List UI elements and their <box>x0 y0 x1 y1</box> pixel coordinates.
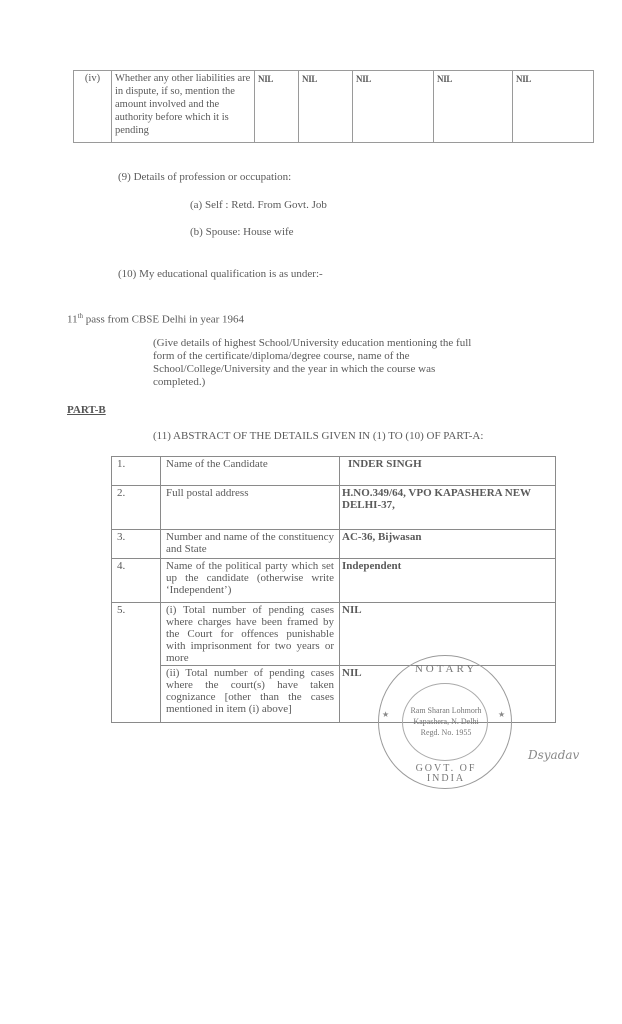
section-9-heading: (9) Details of profession or occupation: <box>118 171 291 184</box>
table-row: 5. (i) Total number of pending cases whe… <box>112 603 556 666</box>
row-value: AC-36, Bijwasan <box>340 530 556 559</box>
section-10-heading: (10) My educational qualification is as … <box>118 268 323 281</box>
row-label: (ii) Total number of pending cases where… <box>161 666 340 723</box>
row-number: 4. <box>112 559 161 603</box>
row-number: 1. <box>112 457 161 486</box>
table-row: 4. Name of the political party which set… <box>112 559 556 603</box>
stamp-name: Ram Sharan Lohmorh <box>398 706 494 716</box>
education-grade: 11 <box>67 314 78 326</box>
row-label: (i) Total number of pending cases where … <box>161 603 340 666</box>
occupation-spouse: (b) Spouse: House wife <box>190 226 294 239</box>
row-value: H.NO.349/64, VPO KAPASHERA NEW DELHI-37, <box>340 486 556 530</box>
row-value: NIL <box>255 71 299 143</box>
row-label: Number and name of the constituency and … <box>161 530 340 559</box>
education-instruction: (Give details of highest School/Universi… <box>153 337 488 389</box>
table-row: 1. Name of the Candidate INDER SINGH <box>112 457 556 486</box>
row-number: 2. <box>112 486 161 530</box>
row-label: Name of the political party which set up… <box>161 559 340 603</box>
row-description: Whether any other liabilities are in dis… <box>112 71 255 143</box>
table-row: (iv) Whether any other liabilities are i… <box>74 71 594 143</box>
stamp-place: Kapashera, N. Delhi <box>398 717 494 727</box>
star-icon: ★ <box>498 710 505 719</box>
stamp-bottom-text: GOVT. OF INDIA <box>398 764 494 784</box>
row-label: Name of the Candidate <box>161 457 340 486</box>
abstract-heading: (11) ABSTRACT OF THE DETAILS GIVEN IN (1… <box>153 430 483 443</box>
liabilities-table: (iv) Whether any other liabilities are i… <box>73 70 594 143</box>
star-icon: ★ <box>382 710 389 719</box>
row-label: Full postal address <box>161 486 340 530</box>
occupation-self: (a) Self : Retd. From Govt. Job <box>190 199 327 212</box>
row-value: Independent <box>340 559 556 603</box>
row-number: (iv) <box>74 71 112 143</box>
row-value: NIL <box>513 71 594 143</box>
signature: Dsyadav <box>528 748 579 762</box>
education-detail: pass from CBSE Delhi in year 1964 <box>83 314 244 326</box>
row-number: 3. <box>112 530 161 559</box>
row-number: 5. <box>112 603 161 723</box>
row-value: NIL <box>299 71 353 143</box>
row-value: NIL <box>353 71 434 143</box>
stamp-reg: Regd. No. 1955 <box>398 728 494 738</box>
stamp-top-text: NOTARY <box>398 664 494 674</box>
education-answer: 11th pass from CBSE Delhi in year 1964 <box>67 310 244 327</box>
part-b-title: PART-B <box>67 404 106 417</box>
row-value: INDER SINGH <box>340 457 556 486</box>
table-row: 2. Full postal address H.NO.349/64, VPO … <box>112 486 556 530</box>
row-value: NIL <box>434 71 513 143</box>
table-row: 3. Number and name of the constituency a… <box>112 530 556 559</box>
